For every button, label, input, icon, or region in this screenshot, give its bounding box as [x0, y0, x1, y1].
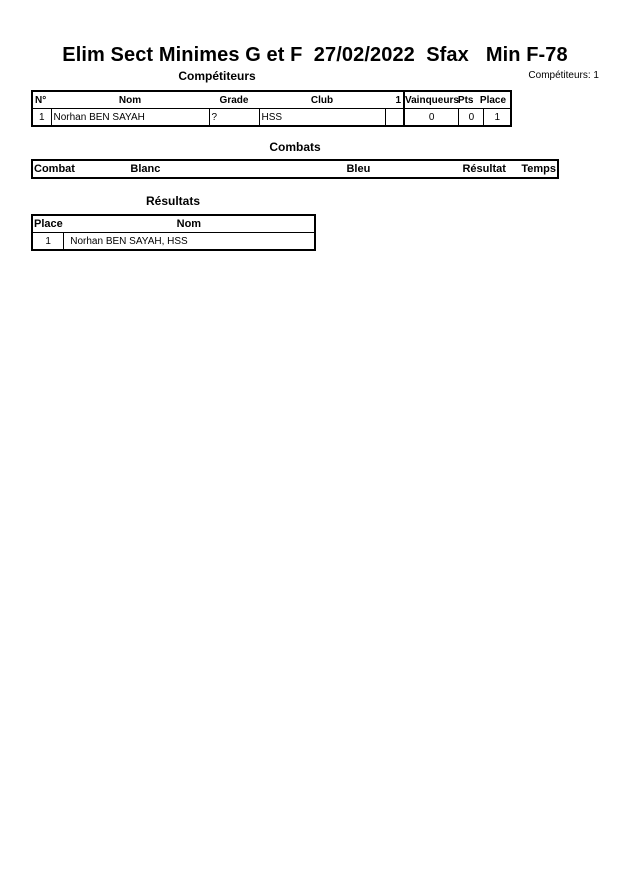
- col-nom: Nom: [51, 91, 209, 109]
- page-title: Elim Sect Minimes G et F 27/02/2022 Sfax…: [0, 44, 630, 67]
- cell-nom: Norhan BEN SAYAH: [51, 109, 209, 127]
- combats-table: Combat Blanc Bleu Résultat Temps: [31, 159, 559, 179]
- col-nom: Nom: [64, 215, 315, 233]
- col-vainqueurs: Vainqueurs: [404, 91, 459, 109]
- col-combat: Combat: [32, 160, 129, 178]
- col-temps: Temps: [520, 160, 558, 178]
- table-header-row: Combat Blanc Bleu Résultat Temps: [32, 160, 558, 178]
- cell-nom: Norhan BEN SAYAH, HSS: [64, 233, 315, 251]
- cell-club: HSS: [259, 109, 385, 127]
- table-header-row: Place Nom: [32, 215, 315, 233]
- table-row: 1 Norhan BEN SAYAH ? HSS 0 0 1: [32, 109, 511, 127]
- col-round-1: 1: [385, 91, 404, 109]
- col-place: Place: [484, 91, 511, 109]
- col-grade: Grade: [209, 91, 259, 109]
- cell-pts: 0: [459, 109, 484, 127]
- cell-grade: ?: [209, 109, 259, 127]
- cell-vainqueurs: 0: [404, 109, 459, 127]
- col-bleu: Bleu: [345, 160, 461, 178]
- results-section-title: Résultats: [73, 194, 273, 208]
- col-blanc: Blanc: [129, 160, 345, 178]
- cell-no: 1: [32, 109, 51, 127]
- combats-section-title: Combats: [195, 140, 395, 154]
- col-place: Place: [32, 215, 64, 233]
- col-resultat: Résultat: [461, 160, 520, 178]
- cell-place: 1: [484, 109, 511, 127]
- competitors-section-title: Compétiteurs: [117, 69, 317, 83]
- cell-place: 1: [32, 233, 64, 251]
- competitors-count: Compétiteurs: 1: [528, 70, 599, 81]
- col-no: N°: [32, 91, 51, 109]
- competitors-table: N° Nom Grade Club 1 Vainqueurs Pts Place…: [31, 90, 512, 127]
- table-row: 1 Norhan BEN SAYAH, HSS: [32, 233, 315, 251]
- results-table: Place Nom 1 Norhan BEN SAYAH, HSS: [31, 214, 316, 251]
- col-club: Club: [259, 91, 385, 109]
- table-header-row: N° Nom Grade Club 1 Vainqueurs Pts Place: [32, 91, 511, 109]
- cell-round-1: [385, 109, 404, 127]
